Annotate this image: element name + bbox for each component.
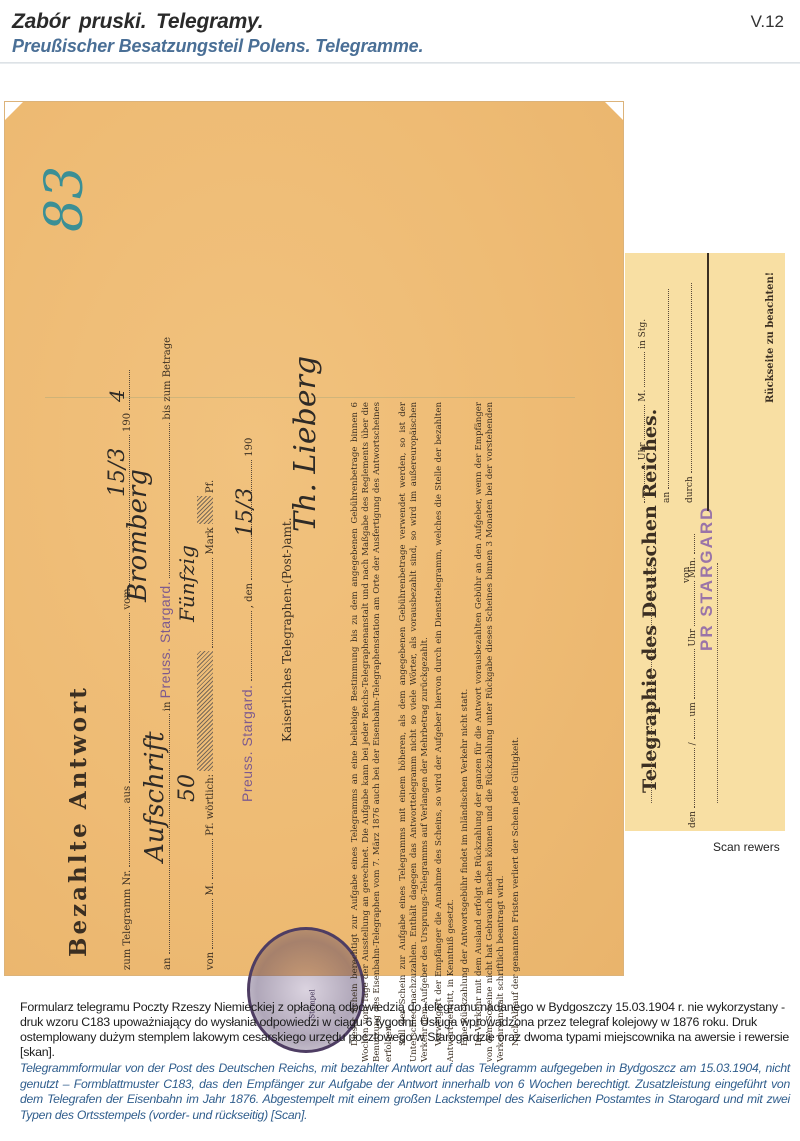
telegram-form-front: 83 Bezahlte Antwort zum Telegramm Nr. au… [5,102,623,975]
handwritten-date: 15/3 [233,488,258,537]
label-mark: Mark [205,527,216,554]
scan-caption: Scan rewers [713,840,780,854]
back-line-an: an [662,289,672,503]
telegram-form-back: Telegraphie des Deutschen Reiches. von P… [625,253,785,831]
label-pf-2: Pf. [205,480,216,493]
terms-paragraph: Soll der Schein zur Aufgabe eines Telegr… [398,402,432,1062]
terms-paragraph: Nach Ablauf der genannten Fristen verlie… [511,402,522,1062]
label-bis-zum-betrage: bis zum Betrage [162,337,173,420]
label-an: an [162,958,173,970]
label-telegram-nr: zum Telegramm Nr. [122,870,133,970]
label-durch: durch [685,476,695,503]
label-uhr: Uhr [638,442,648,460]
label-m: M. [205,882,216,895]
page-subtitle: Preußischer Besatzungsteil Polens. Teleg… [12,36,423,57]
label-pf: Pf. [205,822,216,835]
place-stamp-front-1: Preuss. Stargard. [157,581,173,698]
label-den: , den [244,583,255,608]
page-number: V.12 [751,12,784,32]
label-von: von [205,952,216,970]
mount-corner-right [605,102,623,120]
terms-paragraph: Verweigert der Empfänger die Annahme des… [434,402,456,1062]
page-title: Zabór pruski. Telegramy. [12,10,263,34]
label-min: Min. [688,557,698,578]
dotted-rule [651,563,652,803]
label-aus: aus [122,786,133,804]
signature: Th. Lieberg [288,356,323,532]
dotted-rule [717,563,718,803]
back-line-top: Uhr M. in Stg. [638,319,648,503]
terms-paragraph: Eine Rückzahlung der Antwortsgebühr find… [460,402,471,1062]
terms-paragraph: Dieser Schein berechtigt zur Aufgabe ein… [350,402,395,1062]
mount-corner-left [5,102,23,120]
terms-paragraph: Im Verkehr mit dem Ausland erfolgt die R… [474,402,508,1062]
form-line-von: von M. Pf. wörtlich: Mark Pf. [197,480,216,970]
label-m: M. [638,390,648,402]
label-in-stg: in Stg. [638,319,648,349]
label-year: 190 [122,413,133,432]
form-title: Bezahlte Antwort [65,685,92,957]
back-note: Rückseite zu beachten! [765,272,776,403]
archive-number: 83 [35,166,95,232]
label-um: um [688,702,698,716]
label-an: an [662,492,672,503]
label-in: in [162,702,173,712]
caption-german: Telegrammformular von der Post des Deuts… [20,1061,790,1123]
handwritten-year: 4 [105,389,129,402]
handwritten-pf: 50 [175,774,200,802]
caption-polish: Formularz telegramu Poczty Rzeszy Niemie… [20,1000,790,1060]
terms-text: Dieser Schein berechtigt zur Aufgabe ein… [350,402,525,1062]
place-stamp-front-2: Preuss. Stargard. [239,685,255,802]
back-line-durch: durch [685,283,695,503]
header-divider [0,62,800,64]
back-line-bottom: den / um Uhr Min. [688,534,698,828]
handwritten-words: Fünfzig [175,545,199,622]
form-line-an: an in Preuss. Stargard. bis zum Betrage [157,337,173,970]
label-uhr: Uhr [688,629,698,647]
office-label: Kaiserliches Telegraphen-(Post-)amt. [280,517,294,742]
label-woertlich: wörtlich: [205,774,216,819]
handwritten-an: Aufschrift [140,731,170,862]
label-year-2: 190 [244,438,255,457]
divider-line [707,253,709,511]
label-den: den [688,811,698,828]
handwritten-vom: 15/3 [105,448,130,497]
place-stamp-back: PR STARGARD [697,506,717,651]
